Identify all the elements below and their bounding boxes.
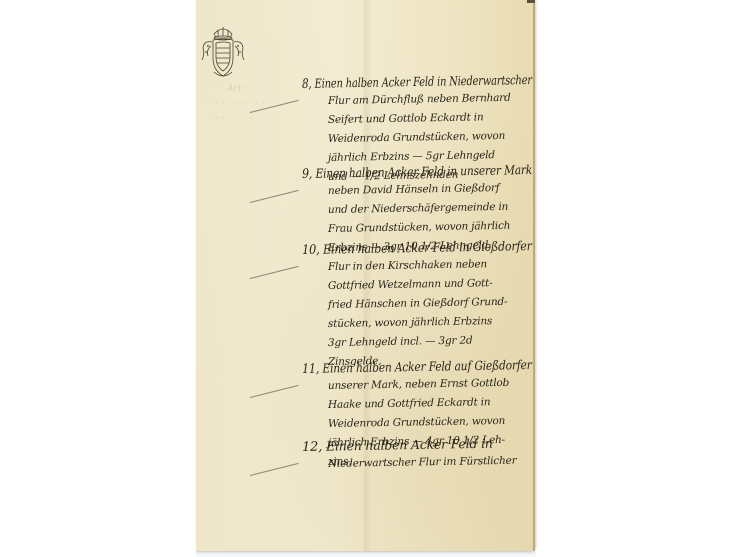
entry-heading: 12, Einen halben Acker Feld in (302, 436, 493, 455)
bleed-through-text: · · · · · · · · · (210, 114, 259, 124)
entry-heading-text: Einen halben Acker Feld auf Gießdorfer (322, 357, 531, 376)
entry-line: 3gr Lehngeld incl. — 3gr 2d (328, 334, 473, 349)
entry-heading-text: Einen halben Acker Feld in unserer Mark (315, 162, 532, 181)
entry-number: 8, (302, 77, 315, 92)
entry-heading-text: Einen halben Acker Feld in Gießdorfer (323, 238, 532, 257)
bleed-through-text: · · · · · · · · · · · (210, 99, 270, 109)
entry-heading-text: Einen halben Acker Feld in Niederwartsch… (314, 72, 532, 91)
entry-number: 10, (302, 243, 323, 258)
entry-number: 9, (302, 167, 316, 182)
entry-heading-text: Einen halben Acker Feld in (326, 436, 493, 454)
bleed-through-text: · · · Art · · · · (210, 84, 264, 94)
paper-corner-shadow (527, 0, 535, 3)
background-strip (196, 551, 536, 557)
entry-number: 11, (302, 362, 323, 377)
coat-of-arms-icon (200, 24, 246, 82)
entry-number: 12, (302, 440, 326, 455)
